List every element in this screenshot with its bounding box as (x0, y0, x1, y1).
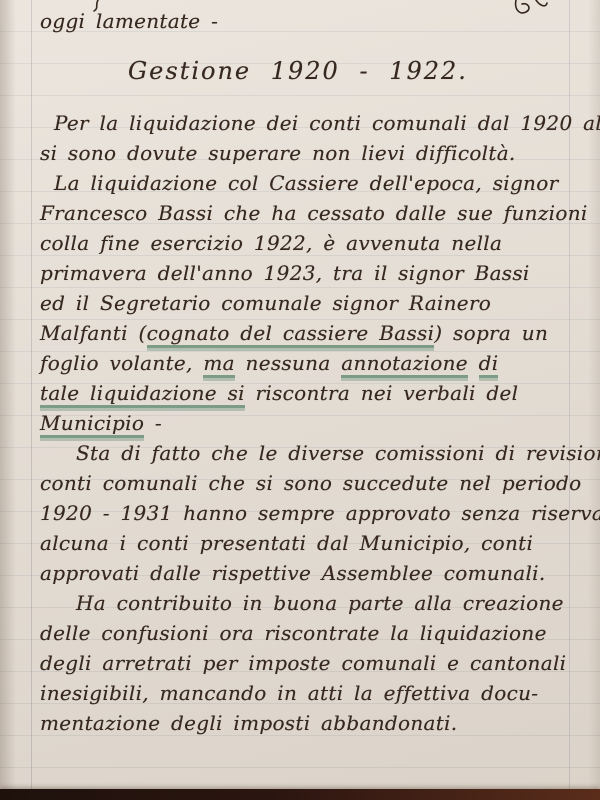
handwritten-line: primavera dell'anno 1923, tra il signor … (40, 258, 582, 288)
handwritten-line: alcuna i conti presentati dal Municipio,… (40, 528, 582, 558)
text-segment: Ha contribuito in buona parte alla creaz… (76, 591, 564, 615)
text-segment: 1920 - 1931 hanno sempre approvato senza… (40, 501, 600, 525)
table-surface (0, 789, 600, 800)
handwritten-line: Per la liquidazione dei conti comunali d… (40, 108, 582, 138)
text-segment: conti comunali che si sono succedute nel… (40, 471, 581, 495)
manuscript-photo: oggi lamentate -Gestione 1920 - 1922.Per… (0, 0, 600, 800)
text-segment: degli arretrati per imposte comunali e c… (40, 651, 566, 675)
handwritten-line: ed il Segretario comunale signor Rainero (40, 288, 582, 318)
text-segment: nessuna (235, 351, 341, 375)
handwritten-line: Francesco Bassi che ha cessato dalle sue… (40, 198, 582, 228)
text-segment: foglio volante, (40, 351, 203, 375)
handwritten-line: 1920 - 1931 hanno sempre approvato senza… (40, 498, 582, 528)
text-segment: Malfanti ( (40, 321, 147, 345)
handwritten-line: degli arretrati per imposte comunali e c… (40, 648, 582, 678)
text-segment: Gestione 1920 - 1922. (128, 57, 468, 85)
text-segment: delle confusioni ora riscontrate la liqu… (40, 621, 547, 645)
section-title: Gestione 1920 - 1922. (128, 54, 582, 88)
text-segment: Francesco Bassi che ha cessato dalle sue… (40, 201, 588, 225)
text-segment: ed il Segretario comunale signor Rainero (40, 291, 491, 315)
text-segment: si sono dovute superare non lievi diffic… (40, 141, 516, 165)
green-underlined-text: cognato del cassiere Bassi (147, 321, 435, 345)
text-segment: riscontra nei verbali del (245, 381, 518, 405)
handwritten-line: La liquidazione col Cassiere dell'epoca,… (40, 168, 582, 198)
handwritten-line: Municipio - (40, 408, 582, 438)
text-segment: approvati dalle rispettive Assemblee com… (40, 561, 546, 585)
handwritten-line: colla fine esercizio 1922, è avvenuta ne… (40, 228, 582, 258)
text-segment: inesigibili, mancando in atti la effetti… (40, 681, 538, 705)
text-segment: colla fine esercizio 1922, è avvenuta ne… (40, 231, 502, 255)
handwritten-line: foglio volante, ma nessuna annotazione d… (40, 348, 582, 378)
text-segment: primavera dell'anno 1923, tra il signor … (40, 261, 530, 285)
green-underlined-text: ma (203, 351, 235, 375)
green-underlined-text: tale liquidazione si (40, 381, 245, 405)
green-underlined-text: Municipio (40, 411, 144, 435)
handwritten-line: Sta di fatto che le diverse comissioni d… (40, 438, 582, 468)
text-segment (468, 351, 479, 375)
handwritten-line: Ha contribuito in buona parte alla creaz… (40, 588, 582, 618)
manuscript-lines: oggi lamentate -Gestione 1920 - 1922.Per… (40, 6, 582, 738)
previous-paragraph-fragment: oggi lamentate - (40, 6, 582, 36)
text-segment: Sta di fatto che le diverse comissioni d… (76, 441, 600, 465)
text-segment: La liquidazione col Cassiere dell'epoca,… (54, 171, 558, 195)
handwritten-line: Malfanti (cognato del cassiere Bassi) so… (40, 318, 582, 348)
text-segment: mentazione degli imposti abbandonati. (40, 711, 457, 735)
text-segment: Per la liquidazione dei conti comunali d… (54, 111, 600, 135)
green-underlined-text: annotazione (341, 351, 468, 375)
handwritten-line: tale liquidazione si riscontra nei verba… (40, 378, 582, 408)
handwritten-line: delle confusioni ora riscontrate la liqu… (40, 618, 582, 648)
handwritten-line: inesigibili, mancando in atti la effetti… (40, 678, 582, 708)
handwritten-line: conti comunali che si sono succedute nel… (40, 468, 582, 498)
text-segment: ) sopra un (434, 321, 548, 345)
text-segment: oggi lamentate - (40, 9, 218, 33)
text-segment: - (144, 411, 162, 435)
handwritten-line: si sono dovute superare non lievi diffic… (40, 138, 582, 168)
handwritten-line: mentazione degli imposti abbandonati. (40, 708, 582, 738)
handwritten-line: approvati dalle rispettive Assemblee com… (40, 558, 582, 588)
green-underlined-text: di (479, 351, 499, 375)
text-segment: alcuna i conti presentati dal Municipio,… (40, 531, 533, 555)
